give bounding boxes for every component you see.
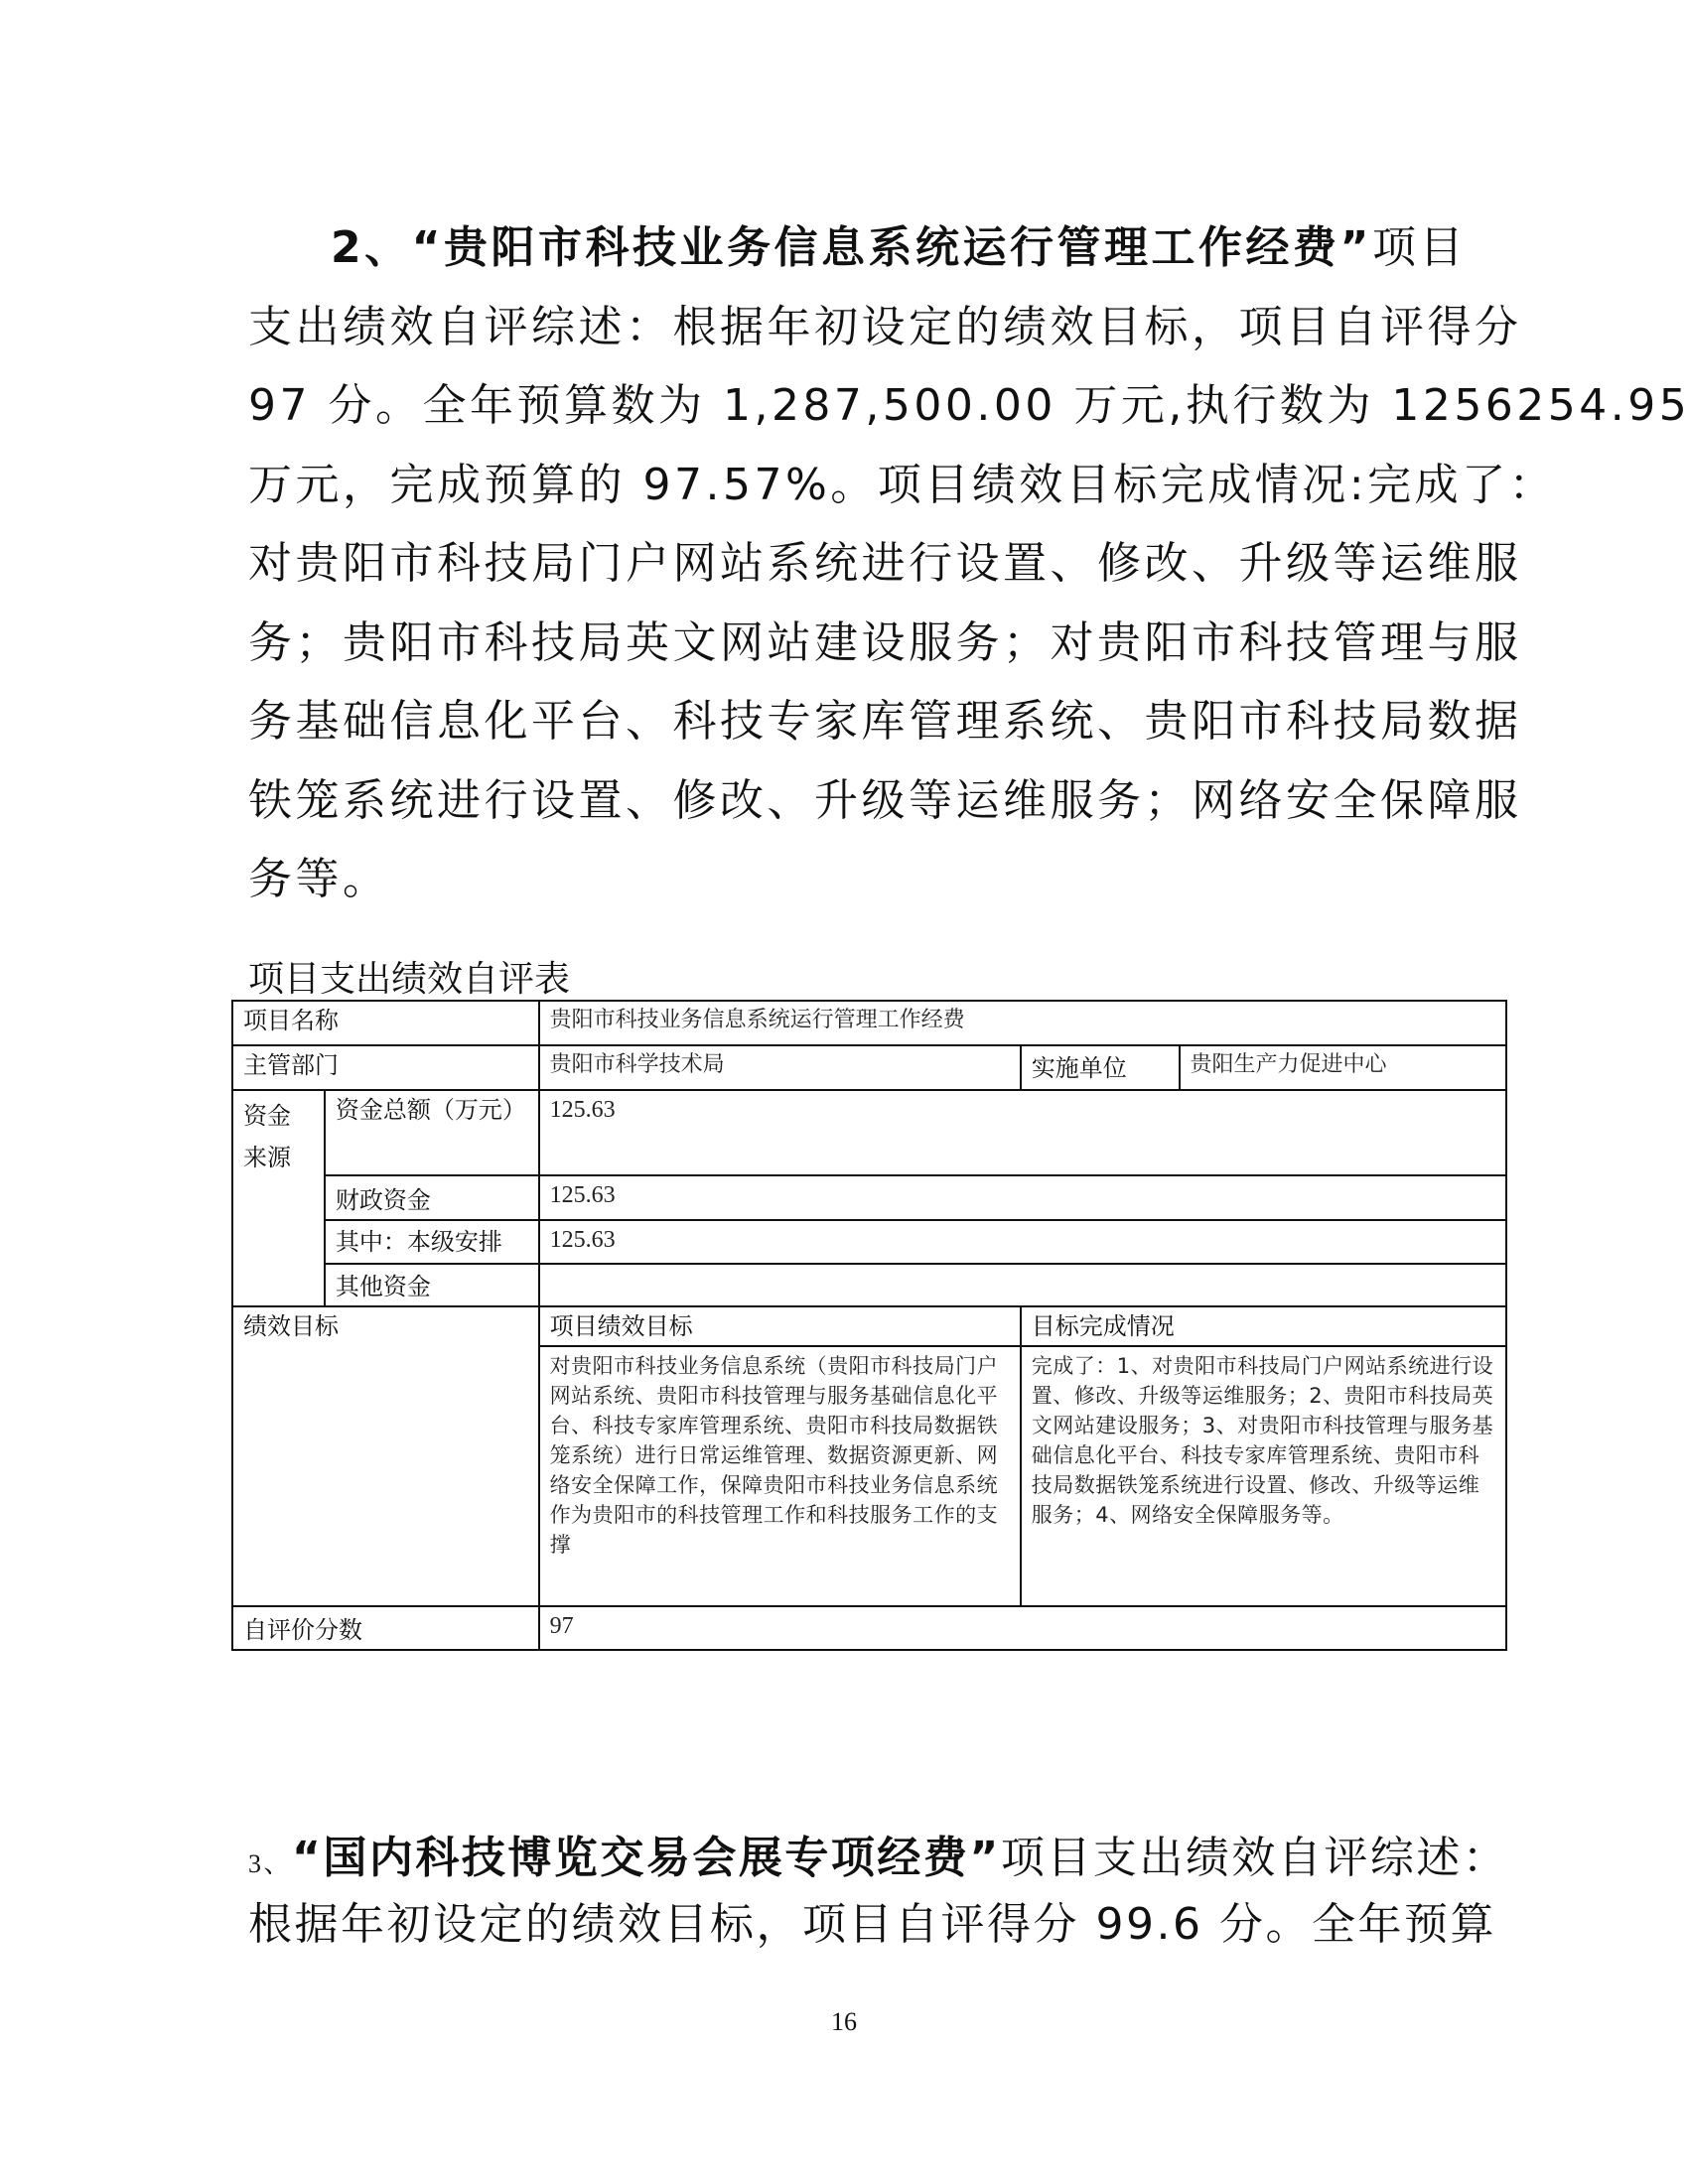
score-value: 97 bbox=[539, 1606, 1506, 1650]
dept-value: 贵阳市科学技术局 bbox=[539, 1045, 1021, 1090]
impl-value: 贵阳生产力促进中心 bbox=[1180, 1045, 1506, 1090]
section-number: 2、 bbox=[331, 222, 412, 273]
fund-total-label: 资金总额（万元） bbox=[325, 1090, 539, 1175]
fiscal-fund-value: 125.63 bbox=[539, 1175, 1506, 1220]
paragraph-line: 97 分。全年预算数为 1,287,500.00 万元,执行数为 1256254… bbox=[248, 366, 1430, 446]
paragraph-line: 根据年初设定的绩效目标，项目自评得分 99.6 分。全年预算 bbox=[248, 1891, 1430, 1958]
section-3-paragraph: 3、“国内科技博览交易会展专项经费”项目支出绩效自评综述： 根据年初设定的绩效目… bbox=[248, 1825, 1430, 1958]
table-row: 项目名称 贵阳市科技业务信息系统运行管理工作经费 bbox=[232, 1001, 1506, 1045]
section-2-heading-line: 2、“贵阳市科技业务信息系统运行管理工作经费”项目 bbox=[248, 208, 1430, 288]
paragraph-line: 对贵阳市科技局门户网站系统进行设置、修改、升级等运维服 bbox=[248, 524, 1430, 604]
heading-suffix: 项目支出绩效自评综述： bbox=[1001, 1833, 1509, 1883]
result-column-header: 目标完成情况 bbox=[1021, 1306, 1506, 1346]
table-row: 资金 来源 资金总额（万元） 125.63 bbox=[232, 1090, 1506, 1175]
paragraph-line: 铁笼系统进行设置、修改、升级等运维服务；网络安全保障服 bbox=[248, 761, 1430, 841]
other-fund-value bbox=[539, 1264, 1506, 1306]
paragraph-line: 务基础信息化平台、科技专家库管理系统、贵阳市科技局数据 bbox=[248, 682, 1430, 761]
heading-suffix: 项目 bbox=[1372, 222, 1467, 273]
fund-total-value: 125.63 bbox=[539, 1090, 1506, 1175]
result-text: 完成了：1、对贵阳市科技局门户网站系统进行设置、修改、升级等运维服务；2、贵阳市… bbox=[1021, 1346, 1506, 1606]
section-3-heading-line: 3、“国内科技博览交易会展专项经费”项目支出绩效自评综述： bbox=[248, 1825, 1430, 1891]
table-row: 自评价分数 97 bbox=[232, 1606, 1506, 1650]
local-fund-label: 其中：本级安排 bbox=[325, 1220, 539, 1264]
paragraph-line: 万元，完成预算的 97.57%。项目绩效目标完成情况:完成了： bbox=[248, 446, 1430, 525]
table-row: 其中：本级安排 125.63 bbox=[232, 1220, 1506, 1264]
table-row: 其他资金 bbox=[232, 1264, 1506, 1306]
local-fund-value: 125.63 bbox=[539, 1220, 1506, 1264]
table-row: 财政资金 125.63 bbox=[232, 1175, 1506, 1220]
table-title: 项目支出绩效自评表 bbox=[248, 951, 570, 1002]
section-number: 3、 bbox=[248, 1849, 292, 1878]
goal-column-header: 项目绩效目标 bbox=[539, 1306, 1021, 1346]
paragraph-line: 务等。 bbox=[248, 840, 1430, 919]
table-row: 主管部门 贵阳市科学技术局 实施单位 贵阳生产力促进中心 bbox=[232, 1045, 1506, 1090]
dept-label: 主管部门 bbox=[232, 1045, 539, 1090]
project-title: “国内科技博览交易会展专项经费” bbox=[292, 1833, 1001, 1883]
fiscal-fund-label: 财政资金 bbox=[325, 1175, 539, 1220]
impl-label: 实施单位 bbox=[1021, 1045, 1180, 1090]
fund-source-label-line1: 资金 bbox=[243, 1102, 291, 1130]
table-row: 绩效目标 项目绩效目标 目标完成情况 bbox=[232, 1306, 1506, 1346]
project-title: “贵阳市科技业务信息系统运行管理工作经费” bbox=[412, 222, 1372, 273]
goal-text: 对贵阳市科技业务信息系统（贵阳市科技局门户网站系统、贵阳市科技管理与服务基础信息… bbox=[539, 1346, 1021, 1606]
performance-evaluation-table: 项目名称 贵阳市科技业务信息系统运行管理工作经费 主管部门 贵阳市科学技术局 实… bbox=[231, 1000, 1507, 1651]
project-name-value: 贵阳市科技业务信息系统运行管理工作经费 bbox=[539, 1001, 1506, 1045]
other-fund-label: 其他资金 bbox=[325, 1264, 539, 1306]
fund-source-label: 资金 来源 bbox=[232, 1090, 325, 1306]
project-name-label: 项目名称 bbox=[232, 1001, 539, 1045]
page-number: 16 bbox=[0, 2007, 1688, 2037]
paragraph-line: 支出绩效自评综述：根据年初设定的绩效目标，项目自评得分 bbox=[248, 288, 1430, 367]
fund-source-label-line2: 来源 bbox=[243, 1144, 291, 1171]
section-2-paragraph: 2、“贵阳市科技业务信息系统运行管理工作经费”项目 支出绩效自评综述：根据年初设… bbox=[248, 208, 1430, 919]
paragraph-line: 务；贵阳市科技局英文网站建设服务；对贵阳市科技管理与服 bbox=[248, 604, 1430, 683]
goal-label: 绩效目标 bbox=[232, 1306, 539, 1606]
score-label: 自评价分数 bbox=[232, 1606, 539, 1650]
